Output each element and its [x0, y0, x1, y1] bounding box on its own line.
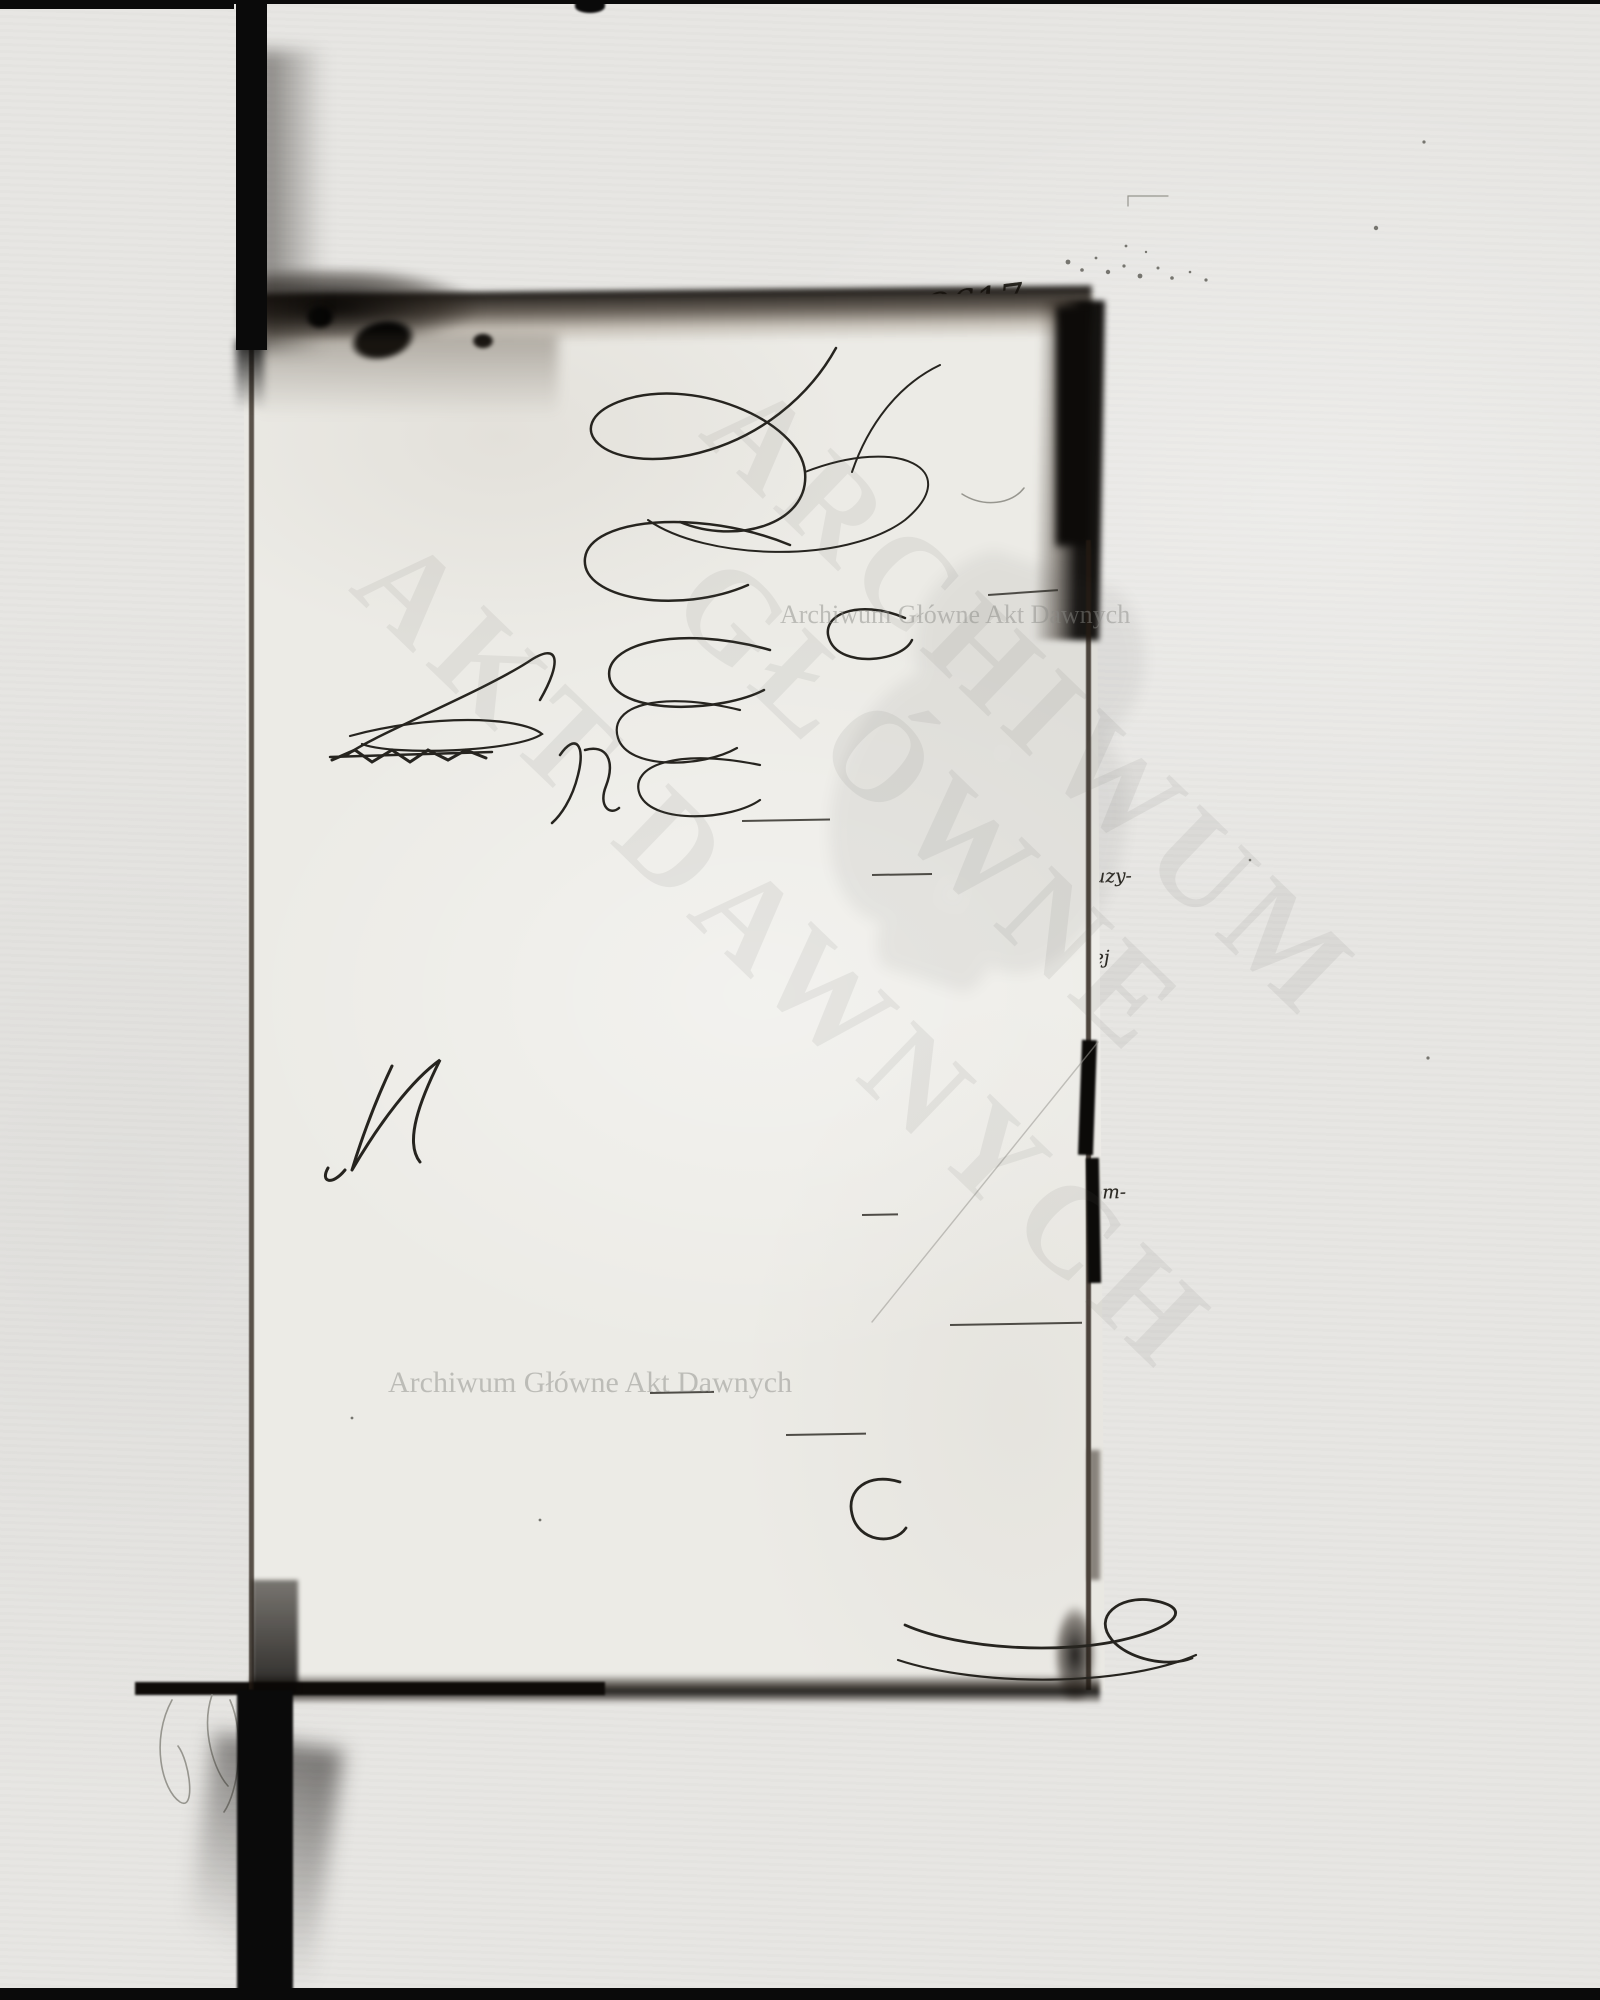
film-top-edge-left	[0, 0, 234, 9]
watermark-text-top: Archiwum Główne Akt Dawnych	[780, 600, 1130, 630]
pencil-angle-mark	[1128, 196, 1168, 206]
film-left-bar	[236, 0, 267, 350]
scanned-archival-letter: № 1859/11 z Kwietnia 9/4 48 z Maja 48 Pr…	[0, 0, 1600, 2000]
watermark-seal-text: ARCHIWUM GŁÓWNE AKT DAWNYCH	[0, 195, 1550, 1745]
film-top-blob	[575, 0, 605, 13]
watermark-text-bottom: Archiwum Główne Akt Dawnych	[388, 1366, 792, 1400]
pencil-squiggle-2	[208, 1695, 228, 1786]
pencil-squiggle-1	[160, 1700, 190, 1803]
film-bottom-column	[237, 1690, 293, 1992]
film-bottom-edge	[0, 1988, 1600, 2000]
